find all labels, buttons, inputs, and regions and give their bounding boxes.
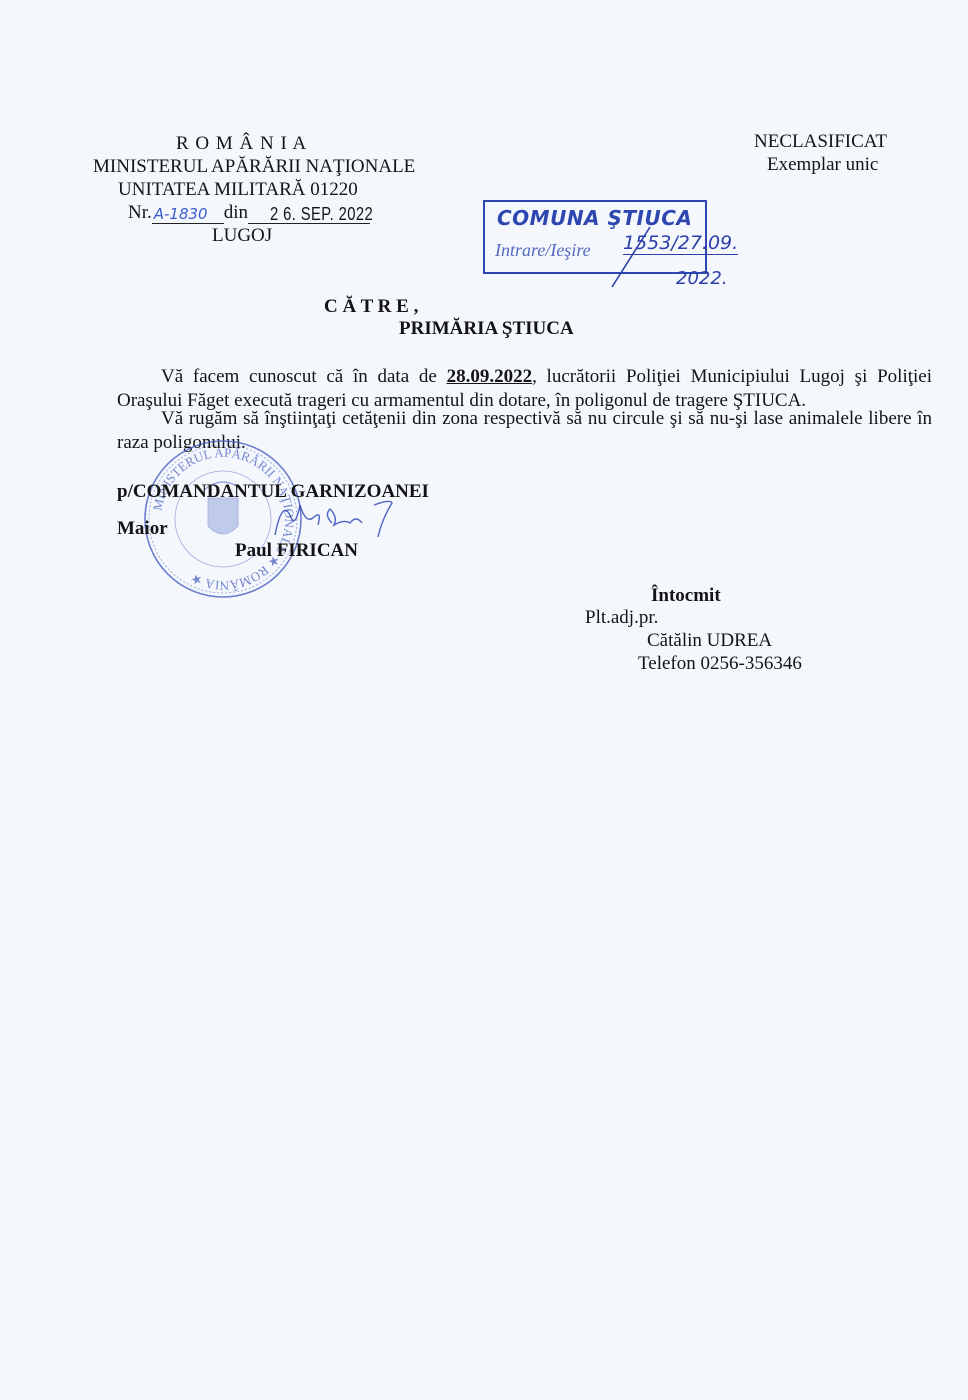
din-label: din [224,202,248,223]
prepared-by-phone: Telefon 0256-356346 [638,653,802,675]
recipient-name: PRIMĂRIA ŞTIUCA [399,318,574,340]
date-stamp: 2 6. SEP. 2022 [270,203,373,226]
stamp-year: 2022. [676,268,728,289]
prepared-by-label: Întocmit [651,585,721,607]
copy-label: Exemplar unic [767,153,878,176]
stamp-slash-mark [600,225,660,295]
classification-label: NECLASIFICAT [754,130,887,153]
body-paragraph-1: Vă facem cunoscut că în data de 28.09.20… [117,365,932,413]
nr-label: Nr. [128,202,152,223]
signatory-rank: Maior [117,518,168,540]
city-heading: LUGOJ [212,224,272,247]
registration-line: Nr.A-1830din2 6. SEP. 2022 [128,201,370,224]
stamp-label: Intrare/Ieşire [495,240,591,261]
prepared-by-rank: Plt.adj.pr. [585,607,658,629]
country-heading: R O M Â N I A [176,132,307,155]
prepared-by-name: Cătălin UDREA [647,630,772,652]
nr-value: A-1830 [154,203,208,226]
unit-heading: UNITATEA MILITARĂ 01220 [118,178,358,201]
event-date: 28.09.2022 [447,366,533,387]
ministry-heading: MINISTERUL APĂRĂRII NAŢIONALE [93,155,415,178]
stamp-title: COMUNA ŞTIUCA [497,206,692,230]
p1-text-start: Vă facem cunoscut că în data de [161,366,447,387]
handwritten-signature [270,495,410,545]
to-label: C Ă T R E , [324,296,418,318]
